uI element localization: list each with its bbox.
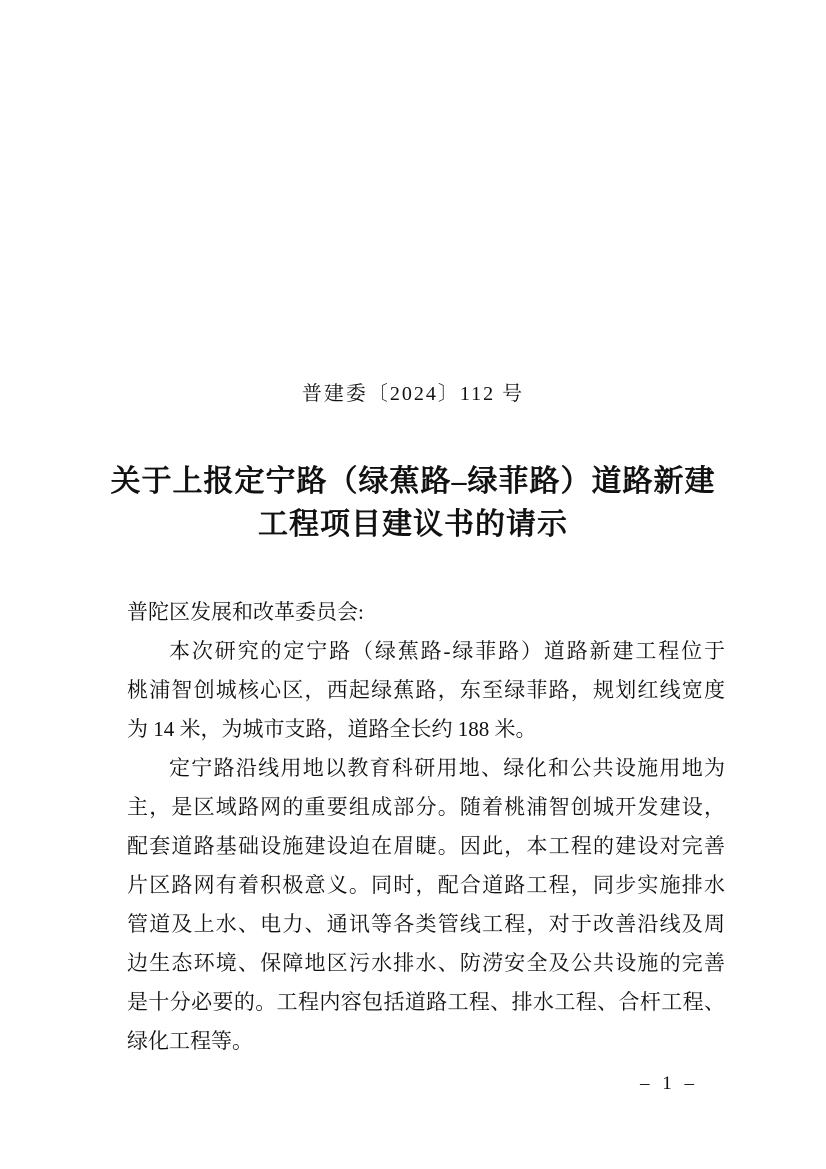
paragraph-2-line-1: 定宁路沿线用地以教育科研用地、绿化和公共设施用地为 [127,749,725,788]
paragraph-1-line-3: 为 14 米，为城市支路，道路全长约 188 米。 [127,710,725,749]
paragraph-1-line-1: 本次研究的定宁路（绿蕉路-绿菲路）道路新建工程位于 [127,632,725,671]
paragraph-2-line-5: 管道及上水、电力、通讯等各类管线工程，对于改善沿线及周 [127,905,725,944]
title-line-1: 关于上报定宁路（绿蕉路–绿菲路）道路新建 [0,460,826,503]
document-body: 普陀区发展和改革委员会: 本次研究的定宁路（绿蕉路-绿菲路）道路新建工程位于 桃… [127,593,725,1061]
title-line-2: 工程项目建议书的请示 [0,503,826,546]
paragraph-2-line-3: 配套道路基础设施建设迫在眉睫。因此，本工程的建设对完善 [127,827,725,866]
paragraph-1-line-2: 桃浦智创城核心区，西起绿蕉路，东至绿菲路，规划红线宽度 [127,671,725,710]
paragraph-2-line-2: 主，是区域路网的重要组成部分。随着桃浦智创城开发建设， [127,788,725,827]
document-number: 普建委〔2024〕112 号 [0,381,826,407]
salutation: 普陀区发展和改革委员会: [127,593,725,632]
page-number: – 1 – [640,1072,698,1096]
paragraph-2-line-7: 是十分必要的。工程内容包括道路工程、排水工程、合杆工程、 [127,983,725,1022]
paragraph-2-line-8: 绿化工程等。 [127,1022,725,1061]
document-page: 普建委〔2024〕112 号 关于上报定宁路（绿蕉路–绿菲路）道路新建 工程项目… [0,0,826,1169]
paragraph-2-line-6: 边生态环境、保障地区污水排水、防涝安全及公共设施的完善 [127,944,725,983]
paragraph-2-line-4: 片区路网有着积极意义。同时，配合道路工程，同步实施排水 [127,866,725,905]
document-title: 关于上报定宁路（绿蕉路–绿菲路）道路新建 工程项目建议书的请示 [0,460,826,546]
